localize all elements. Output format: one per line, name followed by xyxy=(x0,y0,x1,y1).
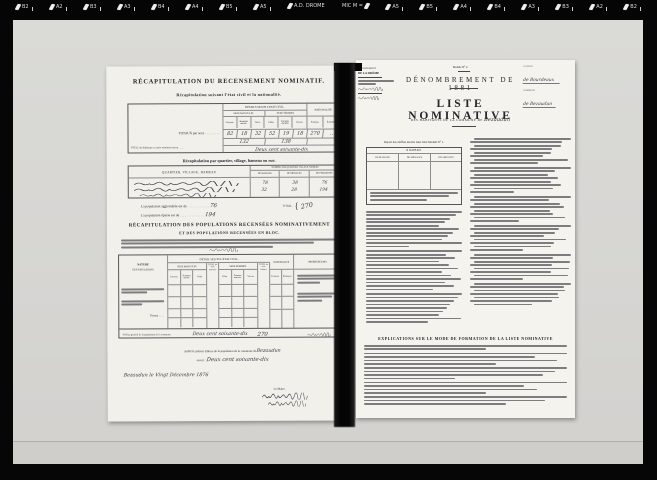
categories-list-fine-print xyxy=(470,254,567,280)
archive-stamp: A.D. DROME xyxy=(288,3,325,9)
archive-stamp-label: A.D. DROME xyxy=(294,3,325,9)
agglomeree-value: 76 xyxy=(210,203,218,209)
handwritten-flourish xyxy=(307,333,331,337)
canton-label: CANTON xyxy=(523,66,569,68)
detail-etat-civil-group: DÉTAIL SELON L'ÉTAT CIVIL. SEXE MASCULIN… xyxy=(168,255,270,328)
ruler-tick-icon xyxy=(236,7,237,11)
film-marker: B5 xyxy=(220,3,237,11)
microfilm-code: MIC M = xyxy=(342,3,369,9)
savoir-handwritten: Deux cent soixante-dix xyxy=(206,357,269,363)
maire-signature-flourish xyxy=(268,401,308,407)
recap-subtitle: Récapitulation suivant l'état civil et l… xyxy=(106,91,351,97)
explications-paragraph xyxy=(364,345,567,350)
col-femmes-mariees: Femmes mariées. xyxy=(232,270,245,284)
handwritten-canton xyxy=(358,96,380,100)
recap3-title-line1: RÉCAPITULATION DES POPULATIONS RECENSÉES… xyxy=(107,222,352,228)
ruler-label: B2 xyxy=(630,4,637,10)
recap3-title-line2: ET DES POPULATIONS RECENSÉES EN BLOC. xyxy=(107,230,352,235)
film-marker-icon xyxy=(15,4,22,11)
maisons-value: 32 xyxy=(261,188,267,193)
etat-civil-header: DÉTAILS SELON L'ÉTAT CIVIL. SEXE MASCULI… xyxy=(223,104,339,130)
col-hommes-maries: Hommes mariés. xyxy=(181,270,194,284)
film-marker: A4 xyxy=(186,3,203,11)
ruler-tick-icon xyxy=(66,7,67,11)
total-handwritten: Deux cent soixante-dix xyxy=(223,146,340,156)
personnes-value: 194 xyxy=(319,188,328,193)
population-total-value: 270 xyxy=(300,201,313,211)
departement-label: DÉPARTEMENT xyxy=(358,67,394,70)
observation-note-fine-print xyxy=(297,293,338,304)
canton-commune-block: CANTON de Bourdeaux COMMUNE de Bezaudun xyxy=(523,66,569,110)
film-marker: A3 xyxy=(522,3,539,11)
certification-block: Arrêté le présent tableau de la populati… xyxy=(137,349,327,408)
explications-paragraph xyxy=(364,396,567,405)
ruler-tick-icon xyxy=(270,7,271,11)
film-marker-icon xyxy=(253,4,260,11)
col-garcons: Garçons. xyxy=(223,117,237,128)
handwritten-quartier-row xyxy=(133,187,240,192)
etat-civil-values: 82 18 32 52 19 18 270 .. 132 138 Deux ce… xyxy=(224,129,340,156)
total-general-value: 270 xyxy=(257,331,268,337)
nationalite-header: NATIONALITÉ. xyxy=(270,255,293,270)
eparse-label: La population éparse est de xyxy=(141,213,179,217)
menages-value: 38 xyxy=(292,181,298,186)
maire-label: Le Maire, xyxy=(274,387,328,391)
empty-cell xyxy=(399,162,431,189)
quartier-header: QUARTIER, VILLAGE, HAMEAU xyxy=(129,166,250,179)
arrete-line: Arrêté le présent tableau de la populati… xyxy=(137,349,327,355)
ruler-tick-icon xyxy=(168,7,169,11)
page-gutter-shadow xyxy=(334,63,355,427)
nature-populations-column: NATURE DES POPULATIONS Totaux . . . . xyxy=(119,255,168,328)
film-marker: B3 xyxy=(556,3,573,11)
ruler-tick-icon xyxy=(606,7,607,11)
arrete-text: Arrêté le présent tableau de la populati… xyxy=(184,349,256,353)
col-veuves: Veuves. xyxy=(244,270,257,284)
col-filles: Filles. xyxy=(265,117,279,128)
ruler-label: B3 xyxy=(562,4,569,10)
eparse-value: 194 xyxy=(204,212,216,218)
value-francais: 270 xyxy=(307,130,324,138)
film-marker-icon xyxy=(117,4,124,11)
col-d-habitants: D'HABITANTS xyxy=(431,154,461,161)
denombrement-title: DÉNOMBREMENT DE 1881 xyxy=(396,76,525,92)
film-marker-icon xyxy=(364,3,371,10)
film-marker-icon xyxy=(83,4,90,11)
etat-civil-table: TOTAUX par sexe . . . . . . . . . TOTAL … xyxy=(127,103,338,154)
film-marker: A2 xyxy=(590,3,607,11)
categories-list-fine-print xyxy=(470,167,567,193)
ornament-divider xyxy=(450,88,478,89)
instructions-paragraph xyxy=(366,250,462,290)
ruler-label: A2 xyxy=(56,4,63,10)
population-total: TOTAL. { 270 xyxy=(283,201,313,211)
maisons-values: 7832 xyxy=(251,178,280,197)
ruler-label: B5 xyxy=(426,4,433,10)
explications-paragraph xyxy=(364,367,567,379)
quartier-table: QUARTIER, VILLAGE, HAMEAU NOMBRE, PAR QU… xyxy=(128,165,339,199)
film-marker: A2 xyxy=(50,3,67,11)
film-marker-icon xyxy=(487,4,494,11)
quartier-column: QUARTIER, VILLAGE, HAMEAU xyxy=(129,166,251,198)
right-page-liste-nominative: DÉPARTEMENT DE LA DRÔME Modèle N° 2. DÉN… xyxy=(356,60,575,418)
col-veufs: Veufs. xyxy=(251,117,265,128)
film-marker: A4 xyxy=(454,3,471,11)
handwritten-arrondissement xyxy=(358,87,384,91)
film-marker: B3 xyxy=(84,3,101,11)
value-garcons: 82 xyxy=(223,130,238,138)
film-marker-icon xyxy=(521,4,528,11)
film-marker: B2 xyxy=(16,3,33,11)
empty-cell xyxy=(431,162,461,189)
commune-handwritten: Bezaudun xyxy=(484,117,511,123)
handwritten-quartier-row xyxy=(139,193,220,197)
ruler-tick-icon xyxy=(202,7,203,11)
report-caption: Report des chiffres inscrits dans l'état… xyxy=(366,140,462,144)
film-marker-icon xyxy=(623,4,630,11)
ruler-tick-icon xyxy=(470,7,471,11)
population-row-label-fine-print xyxy=(121,300,164,307)
total-general-label: TOTAL général de la population de la com… xyxy=(122,333,180,336)
report-column: Report des chiffres inscrits dans l'état… xyxy=(366,140,462,325)
instructions-paragraph xyxy=(366,293,462,322)
film-marker-icon xyxy=(555,4,562,11)
maisons-value: 78 xyxy=(262,181,268,186)
ruler-label: A5 xyxy=(260,4,267,10)
ruler-label: B4 xyxy=(494,4,501,10)
categories-list-fine-print xyxy=(470,283,567,306)
subtotal-masculin: 132 xyxy=(223,139,266,145)
film-marker: A3 xyxy=(118,3,135,11)
film-marker: A5 xyxy=(386,3,403,11)
col-de-menages: DE MÉNAGES xyxy=(399,154,431,161)
totaux-row-label: Totaux . . . . xyxy=(150,313,164,317)
film-marker-icon xyxy=(49,4,56,11)
col-veuves: Veuves. xyxy=(293,117,307,128)
col-francais: Français. xyxy=(307,117,323,128)
film-marker: B4 xyxy=(152,3,169,11)
film-marker: B4 xyxy=(488,3,505,11)
menages-values: 3828 xyxy=(280,178,310,197)
departement-value: DE LA DRÔME xyxy=(358,71,394,75)
explications-title: EXPLICATIONS SUR LE MODE DE FORMATION DE… xyxy=(364,336,567,341)
col-de-menages: DE MÉNAGES xyxy=(280,171,310,177)
film-marker-icon xyxy=(589,4,596,11)
col-hommes-maries: Hommes mariés. xyxy=(237,117,251,128)
ruler-tick-icon xyxy=(538,7,539,11)
canton-handwritten: de Bourdeaux xyxy=(523,78,561,84)
handwritten-quartier-row xyxy=(133,181,244,186)
nature-header-2: DES POPULATIONS xyxy=(119,268,167,271)
total-feminin-column: TOTAL du sexe féminin xyxy=(258,263,270,328)
divider xyxy=(358,93,382,94)
microfilm-code-label: MIC M = xyxy=(342,3,363,9)
value-veufs: 32 xyxy=(251,130,266,138)
brace-icon: { xyxy=(294,201,298,211)
film-ruler-strip: B2 A2 B3 A3 B4 A4 B5 A5 A.D. DROME MIC M… xyxy=(0,0,657,20)
ruler-label: A3 xyxy=(124,4,131,10)
value-femmes-mariees: 19 xyxy=(279,130,294,138)
ruler-tick-icon xyxy=(572,7,573,11)
instructions-paragraph xyxy=(366,211,462,247)
ruler-tick-icon xyxy=(504,7,505,11)
savoir-label: savoir : xyxy=(197,358,206,362)
departement-block: DÉPARTEMENT DE LA DRÔME xyxy=(358,67,394,100)
value-filles: 52 xyxy=(265,130,280,138)
habitants-line: DES HABITANTS DE LA COMMUNE DE Bezaudun xyxy=(396,117,525,123)
categories-list-fine-print xyxy=(470,138,567,164)
empty-cell xyxy=(367,162,399,189)
film-marker: B2 xyxy=(624,3,641,11)
film-marker-icon xyxy=(219,4,226,11)
nature-header-1: NATURE xyxy=(119,263,167,266)
film-marker-icon xyxy=(286,3,293,10)
dot-leader: . . . . . . . . . . . . . xyxy=(187,204,209,208)
film-marker-icon xyxy=(419,4,426,11)
population-row-label-fine-print xyxy=(121,288,164,295)
ruler-label: A4 xyxy=(460,4,467,10)
col-filles: Filles. xyxy=(219,270,232,284)
commune-handwritten: de Bezaudun xyxy=(523,102,557,108)
arrondissement-fine-print xyxy=(358,80,394,85)
ruler-tick-icon xyxy=(640,7,641,11)
ruler-label: B2 xyxy=(22,4,29,10)
total-general-row: TOTAL général de la population de la com… xyxy=(119,328,341,341)
subtotal-feminin: 138 xyxy=(265,139,308,145)
ruler-label: A5 xyxy=(392,4,399,10)
ruler-label: B4 xyxy=(158,4,165,10)
ruler-tick-icon xyxy=(100,7,101,11)
total-general-handwritten: Deux cent soixante-dix xyxy=(192,332,248,337)
ruler-tick-icon xyxy=(32,7,33,11)
populations-table: NATURE DES POPULATIONS Totaux . . . . DÉ… xyxy=(118,254,342,339)
film-marker-icon xyxy=(385,4,392,11)
backing-bottom-band xyxy=(13,442,643,464)
explications-body xyxy=(364,345,567,407)
habitants-text: DES HABITANTS DE LA COMMUNE DE xyxy=(411,118,483,122)
ruler-tick-icon xyxy=(436,7,437,11)
recap-title: RÉCAPITULATION DU RECENSEMENT NOMINATIF. xyxy=(106,77,351,85)
observation-note-fine-print xyxy=(297,275,338,286)
nationalite-group: NATIONALITÉ. Français. Étrangers. xyxy=(270,255,294,328)
col-garcons: Garçons. xyxy=(168,270,181,284)
ruler-label: A2 xyxy=(596,4,603,10)
population-agglomeree-line: La population agglomérée est de . . . . … xyxy=(141,203,217,209)
commune-label: COMMUNE xyxy=(523,90,569,92)
personnes-value: 76 xyxy=(322,181,328,186)
total-habitants-label: TOTAL des habitants recensés nominativem… xyxy=(131,146,221,149)
explications-paragraph xyxy=(364,382,567,394)
ruler-tick-icon xyxy=(134,7,135,11)
value-veuves: 18 xyxy=(293,130,308,138)
categories-list-fine-print xyxy=(470,196,567,222)
total-masculin-column: TOTAL du sexe masculin xyxy=(207,263,219,328)
divider xyxy=(452,126,476,127)
ruler-label: A3 xyxy=(528,4,535,10)
col-femmes-mariees: Femmes mariées. xyxy=(279,117,293,128)
value-hommes-maries: 18 xyxy=(237,130,252,138)
explications-paragraph xyxy=(364,353,567,365)
totaux-par-sexe-label: TOTAUX par sexe . . . . . . . . . xyxy=(179,131,220,135)
microfilm-scan: B2 A2 B3 A3 B4 A4 B5 A5 A.D. DROME MIC M… xyxy=(0,0,657,480)
col-etrangers: Étrangers. xyxy=(282,270,294,284)
ruler-tick-icon xyxy=(402,7,403,11)
maire-signature xyxy=(262,393,310,400)
film-marker: B5 xyxy=(420,3,437,11)
arrete-commune-handwritten: Bezaudun xyxy=(257,349,282,354)
population-total-label: TOTAL. xyxy=(283,204,293,207)
divider xyxy=(458,71,470,72)
sexe-masculin-header: SEXE MASCULIN. xyxy=(223,111,265,116)
film-marker-icon xyxy=(185,4,192,11)
date-handwritten: Bezaudun le Vingt Décembre 1876 xyxy=(123,373,208,378)
report-footnote-fine-print xyxy=(367,190,461,201)
col-de-maisons: DE MAISONS xyxy=(251,171,280,177)
film-marker: A5 xyxy=(254,3,271,11)
col-veufs: Veufs. xyxy=(193,270,206,284)
ruler-label: B5 xyxy=(226,4,233,10)
sexe-feminin-header: SEXE FÉMININ. xyxy=(265,111,307,116)
modele-label: Modèle N° 2. xyxy=(396,66,525,69)
categories-column xyxy=(470,138,567,307)
col-francais: Français. xyxy=(270,270,282,284)
ruler-label: A4 xyxy=(192,4,199,10)
etat-civil-label-column: TOTAUX par sexe . . . . . . . . . TOTAL … xyxy=(128,104,223,152)
nombre-columns: NOMBRE, PAR QUARTIER, VILLAGE, HAMEAU DE… xyxy=(251,166,340,197)
ruler-label: B3 xyxy=(90,4,97,10)
menages-value: 28 xyxy=(291,188,297,193)
film-marker-icon xyxy=(151,4,158,11)
col-de-maisons: DE MAISONS xyxy=(367,154,399,161)
categories-list-fine-print xyxy=(470,225,567,251)
agglomeree-label: La population agglomérée est de xyxy=(141,204,187,208)
report-table: NOMBRE DE MAISONS DE MÉNAGES D'HABITANTS xyxy=(366,147,462,205)
recap-quartier-subtitle: Récapitulation par quartier, village, ha… xyxy=(107,157,352,163)
dot-leader: . . . . . . . . . . . . . . xyxy=(180,213,204,217)
handwritten-annotation xyxy=(209,248,239,252)
population-eparse-line: La population éparse est de . . . . . . … xyxy=(141,212,215,218)
savoir-line: savoir : Deux cent soixante-dix xyxy=(137,357,327,364)
film-marker-icon xyxy=(453,4,460,11)
left-page-recapitulation: RÉCAPITULATION DU RECENSEMENT NOMINATIF.… xyxy=(106,65,353,421)
divider xyxy=(358,77,382,78)
